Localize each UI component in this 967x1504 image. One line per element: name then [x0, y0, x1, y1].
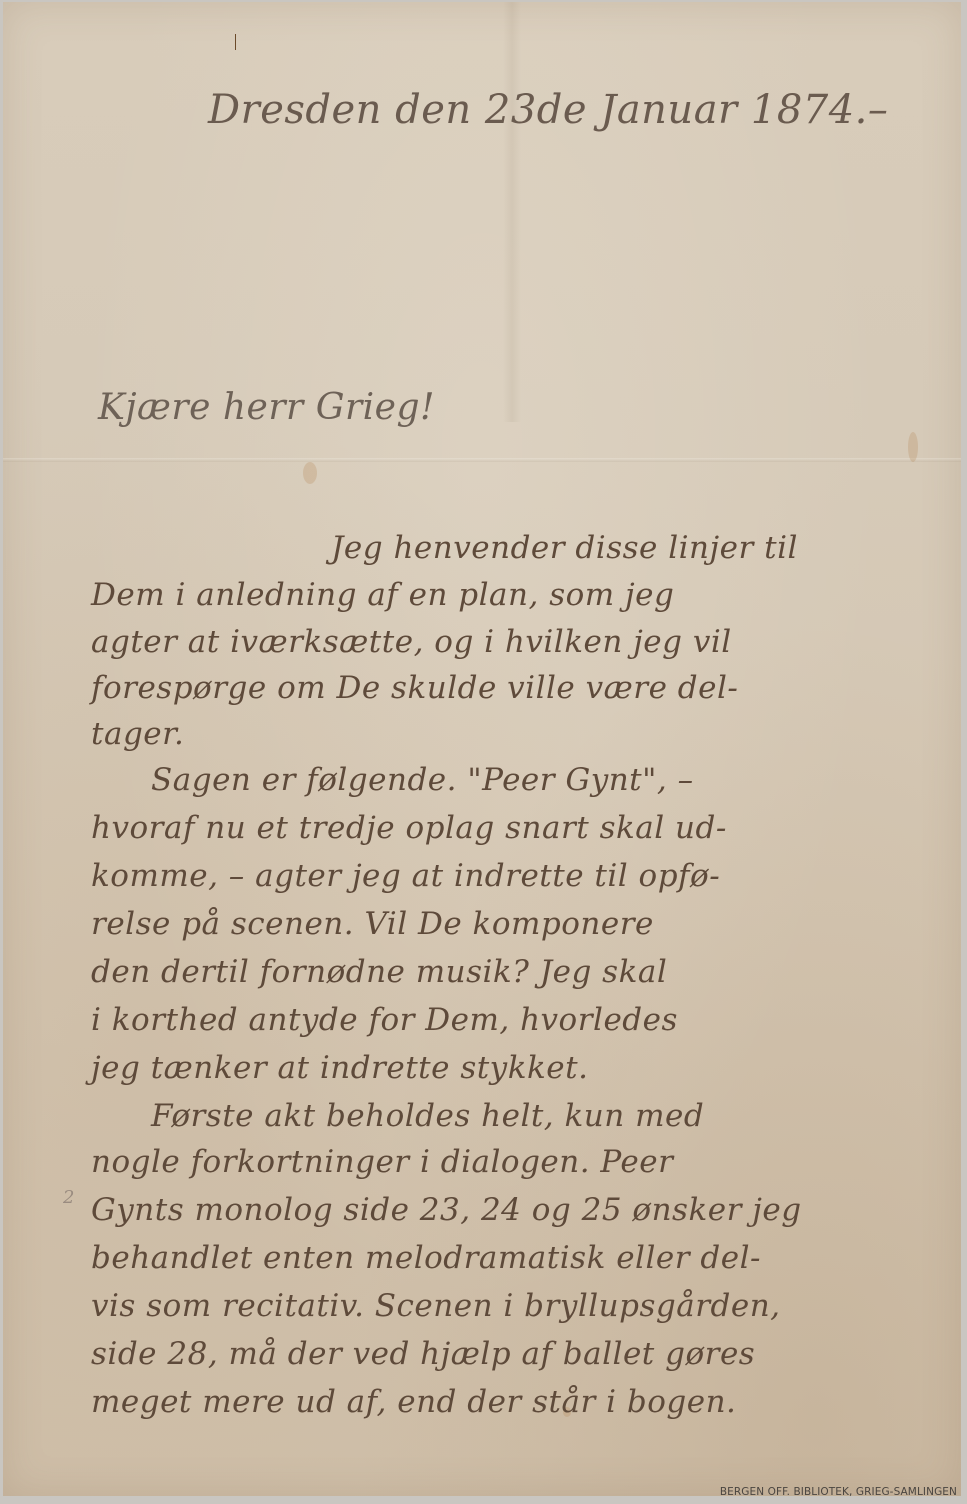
letter-line: den dertil fornødne musik? Jeg skal [91, 954, 667, 990]
letter-line: Gynts monolog side 23, 24 og 25 ønsker j… [91, 1192, 802, 1228]
letter-line: jeg tænker at indrette stykket. [91, 1050, 588, 1086]
paper-fold-vertical [503, 2, 521, 422]
letter-salutation: Kjære herr Grieg! [98, 387, 435, 428]
letter-dateline: Dresden den 23de Januar 1874.– [208, 87, 888, 133]
letter-line: side 28, må der ved hjælp af ballet gøre… [91, 1336, 755, 1372]
letter-line: tager. [91, 716, 184, 752]
margin-note: 2 [63, 1187, 74, 1208]
letter-page: Dresden den 23de Januar 1874.– Kjære her… [3, 2, 961, 1496]
letter-line: agter at iværksætte, og i hvilken jeg vi… [91, 624, 732, 660]
letter-line: Første akt beholdes helt, kun med [151, 1098, 704, 1134]
letter-line: nogle forkortninger i dialogen. Peer [91, 1144, 673, 1180]
letter-line: relse på scenen. Vil De komponere [91, 906, 654, 942]
letter-line: forespørge om De skulde ville være del- [91, 670, 738, 706]
letter-line: i korthed antyde for Dem, hvorledes [91, 1002, 678, 1038]
stain [908, 432, 918, 462]
letter-line: vis som recitativ. Scenen i bryllupsgård… [91, 1288, 781, 1324]
letter-line: Jeg henvender disse linjer til [331, 530, 798, 566]
letter-line: komme, – agter jeg at indrette til opfø- [91, 858, 720, 894]
letter-line: behandlet enten melodramatisk eller del- [91, 1240, 761, 1276]
paper-fold-horizontal [3, 458, 961, 462]
archive-caption: BERGEN OFF. BIBLIOTEK, GRIEG-SAMLINGEN [720, 1486, 957, 1498]
letter-line: meget mere ud af, end der står i bogen. [91, 1384, 736, 1420]
letter-line: Sagen er følgende. "Peer Gynt", – [151, 762, 694, 798]
letter-line: Dem i anledning af en plan, som jeg [91, 577, 674, 613]
ink-mark [235, 34, 236, 50]
stain [303, 462, 317, 484]
letter-line: hvoraf nu et tredje oplag snart skal ud- [91, 810, 727, 846]
